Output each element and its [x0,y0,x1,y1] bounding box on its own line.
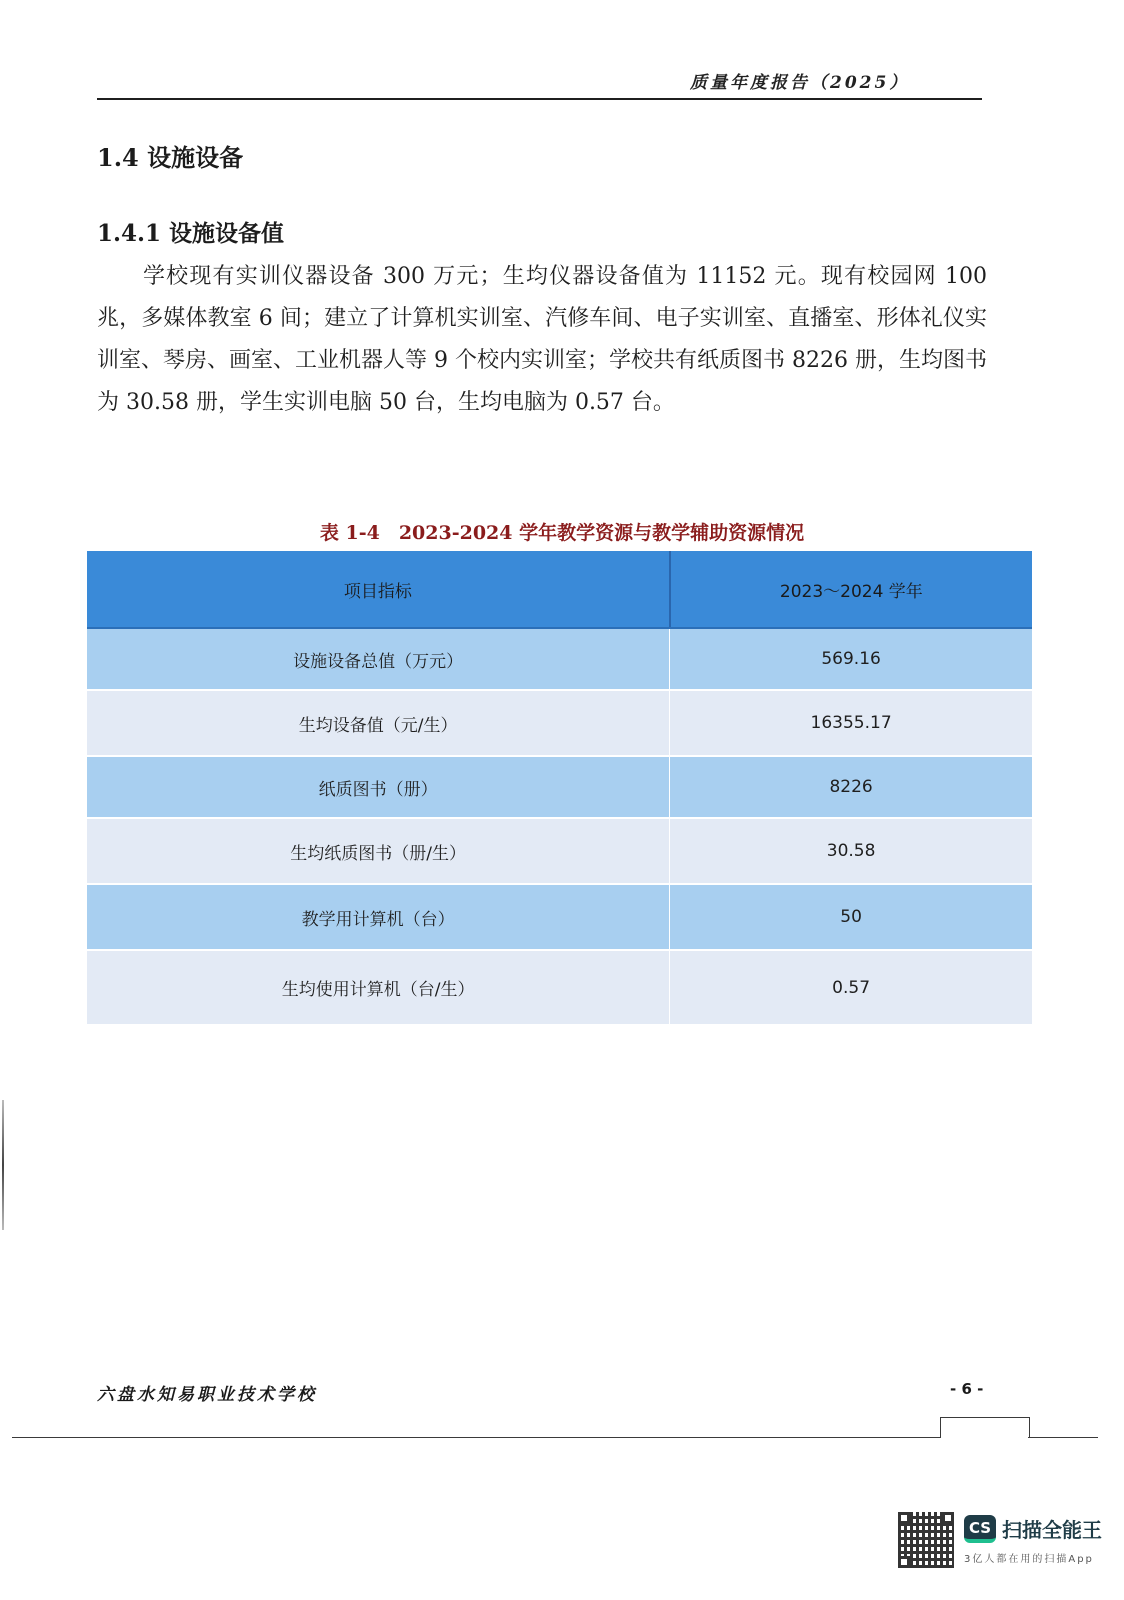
footer-divider [12,1437,940,1438]
table-row: 生均设备值（元/生） 16355.17 [87,690,1032,756]
row-value: 50 [670,884,1032,950]
qr-finder-icon [898,1512,910,1524]
page-number: - 6 - [950,1380,983,1398]
scanner-watermark: CS 扫描全能王 3亿人都在用的扫描App [898,1512,1118,1592]
body-paragraph: 学校现有实训仪器设备 300 万元；生均仪器设备值为 11152 元。现有校园网… [97,256,987,424]
row-label: 教学用计算机（台） [87,884,670,950]
row-label: 生均设备值（元/生） [87,690,670,756]
row-value: 16355.17 [670,690,1032,756]
row-value: 569.16 [670,628,1032,690]
header-divider [97,98,982,100]
table-row: 生均使用计算机（台/生） 0.57 [87,950,1032,1024]
table-row: 纸质图书（册） 8226 [87,756,1032,818]
table-caption: 表 1-4 2023-2024 学年教学资源与教学辅助资源情况 [0,518,1124,545]
table-row: 教学用计算机（台） 50 [87,884,1032,950]
qr-finder-icon [898,1556,910,1568]
row-value: 8226 [670,756,1032,818]
qr-code-icon [898,1512,954,1568]
footer-tab-decoration [940,1417,1030,1438]
header-cell-year: 2023～2024 学年 [670,551,1032,628]
table-row: 生均纸质图书（册/生） 30.58 [87,818,1032,884]
table-header-row: 项目指标 2023～2024 学年 [87,551,1032,628]
scanner-app-name: 扫描全能王 [1002,1514,1102,1543]
row-label: 纸质图书（册） [87,756,670,818]
row-value: 0.57 [670,950,1032,1024]
row-label: 生均使用计算机（台/生） [87,950,670,1024]
row-value: 30.58 [670,818,1032,884]
subsection-heading: 1.4.1 设施设备值 [97,215,284,248]
scanner-tagline: 3亿人都在用的扫描App [964,1550,1094,1565]
footer-divider-right [1028,1437,1098,1438]
section-heading: 1.4 设施设备 [97,138,243,173]
table-row: 设施设备总值（万元） 569.16 [87,628,1032,690]
footer-school-name: 六盘水知易职业技术学校 [97,1380,317,1405]
row-label: 生均纸质图书（册/生） [87,818,670,884]
resources-table: 项目指标 2023～2024 学年 设施设备总值（万元） 569.16 生均设备… [87,551,1032,1024]
scan-edge-shadow [2,1100,4,1230]
header-cell-indicator: 项目指标 [87,551,670,628]
qr-finder-icon [942,1512,954,1524]
row-label: 设施设备总值（万元） [87,628,670,690]
running-header-title: 质量年度报告（2025） [690,68,909,93]
camscanner-logo-icon: CS [964,1515,996,1543]
